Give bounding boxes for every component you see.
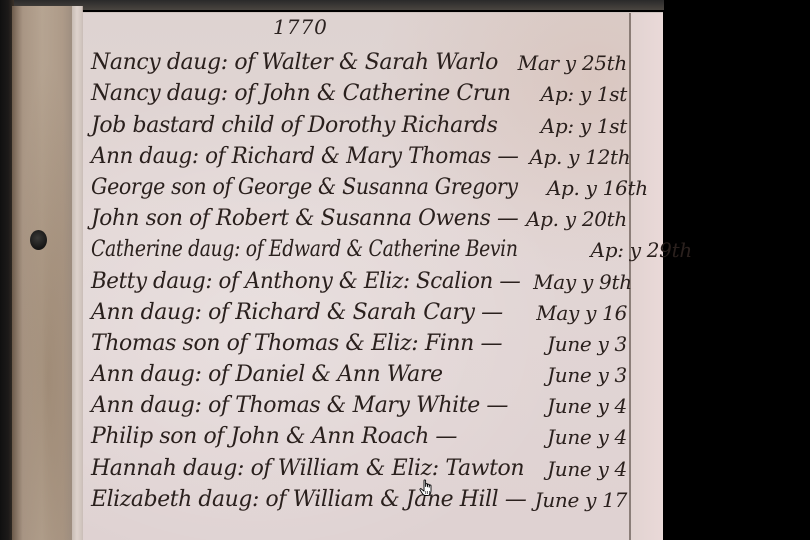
entry-date: Ap: y 1st — [541, 113, 631, 139]
register-page: 1770 Nancy daug: of Walter & Sarah Warlo… — [82, 12, 663, 540]
register-entry: Ann daug: of Daniel & Ann Ware June y 3 — [91, 357, 631, 388]
register-entry: Thomas son of Thomas & Eliz: Finn — June… — [91, 326, 631, 357]
register-entry: Elizabeth daug: of William & Jane Hill —… — [91, 482, 631, 513]
baptism-entries-list: Nancy daug: of Walter & Sarah Warlo Mar … — [91, 45, 631, 513]
entry-name: Hannah daug: of William & Eliz: Tawton — [91, 456, 524, 482]
entry-name: Catherine daug: of Edward & Catherine Be… — [91, 237, 518, 263]
register-entry: Ann daug: of Richard & Sarah Cary — May … — [91, 295, 631, 326]
entry-name: George son of George & Susanna Gregory — [91, 175, 518, 201]
register-entry: Betty daug: of Anthony & Eliz: Scalion —… — [91, 263, 631, 294]
entry-name: Ann daug: of Thomas & Mary White — — [91, 393, 508, 419]
entry-name: Philip son of John & Ann Roach — — [91, 424, 457, 450]
top-shadow-band — [14, 0, 664, 10]
entry-date: Ap: y 29th — [591, 237, 696, 263]
binding-stub — [12, 6, 73, 540]
binding-hole — [30, 230, 47, 250]
entry-name: Elizabeth daug: of William & Jane Hill — — [91, 487, 526, 513]
entry-name: Thomas son of Thomas & Eliz: Finn — — [91, 331, 502, 357]
entry-name: Job bastard child of Dorothy Richards — [91, 113, 498, 139]
entry-date: Ap: y 1st — [541, 81, 631, 107]
register-entry: Ann daug: of Thomas & Mary White — June … — [91, 388, 631, 419]
register-entry: Philip son of John & Ann Roach — June y … — [91, 419, 631, 450]
register-entry: Nancy daug: of John & Catherine Crun Ap:… — [91, 76, 631, 107]
entry-name: John son of Robert & Susanna Owens — — [91, 206, 518, 232]
register-entry: Catherine daug: of Edward & Catherine Be… — [91, 232, 631, 263]
entry-name: Betty daug: of Anthony & Eliz: Scalion — — [91, 269, 520, 295]
register-entry: John son of Robert & Susanna Owens — Ap.… — [91, 201, 631, 232]
year-heading: 1770 — [273, 15, 328, 39]
page-right-margin — [631, 13, 663, 540]
entry-name: Ann daug: of Richard & Sarah Cary — — [91, 300, 503, 326]
register-entry: Hannah daug: of William & Eliz: Tawton J… — [91, 450, 631, 481]
entry-name: Ann daug: of Daniel & Ann Ware — [91, 362, 443, 388]
entry-date: Mar y 25th — [518, 50, 631, 76]
register-entry: Ann daug: of Richard & Mary Thomas — Ap.… — [91, 139, 631, 170]
entry-date: June y 4 — [547, 424, 631, 450]
register-entry: Job bastard child of Dorothy Richards Ap… — [91, 107, 631, 138]
entry-name: Nancy daug: of John & Catherine Crun — [91, 81, 511, 107]
entry-date: June y 4 — [547, 393, 631, 419]
entry-date: June y 3 — [547, 362, 631, 388]
entry-name: Ann daug: of Richard & Mary Thomas — — [91, 144, 518, 170]
hand-pointer-cursor-icon — [419, 479, 435, 497]
entry-date: June y 4 — [547, 456, 631, 482]
image-viewer: 1770 Nancy daug: of Walter & Sarah Warlo… — [0, 0, 810, 540]
entry-date: Ap. y 20th — [526, 206, 631, 232]
entry-date: Ap. y 16th — [547, 175, 652, 201]
entry-date: May y 16 — [536, 300, 631, 326]
entry-date: June y 17 — [535, 487, 631, 513]
entry-name: Nancy daug: of Walter & Sarah Warlo — [91, 50, 498, 76]
entry-date: May y 9th — [533, 269, 636, 295]
entry-date: Ap. y 12th — [529, 144, 634, 170]
register-entry: George son of George & Susanna Gregory A… — [91, 170, 631, 201]
entry-date: June y 3 — [547, 331, 631, 357]
register-entry: Nancy daug: of Walter & Sarah Warlo Mar … — [91, 45, 631, 76]
